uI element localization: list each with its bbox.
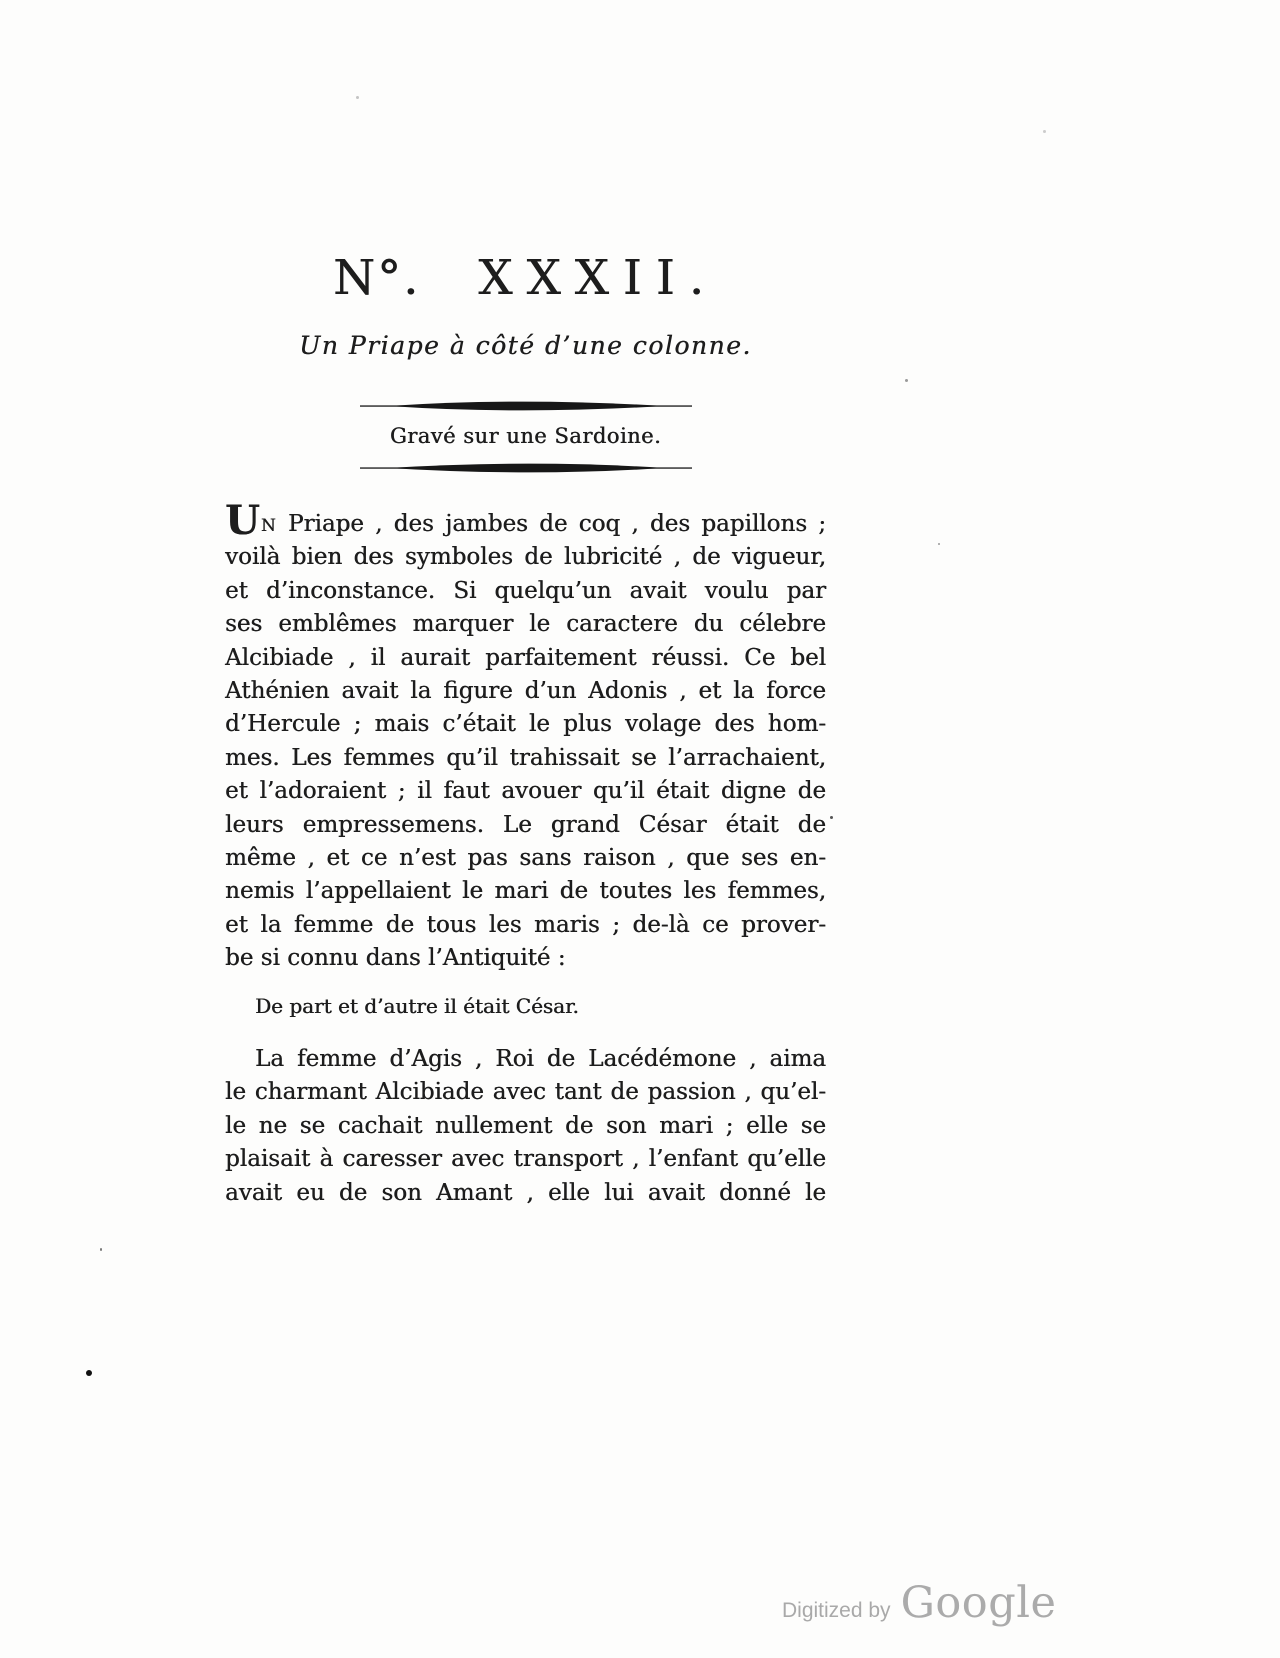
- text-line: le charmant Alcibiade avec tant de passi…: [225, 1076, 826, 1109]
- digitized-by-google-watermark: Digitized by Google: [782, 1578, 1056, 1628]
- dropcap-initial: U: [225, 497, 261, 544]
- text-line: avait eu de son Amant , elle lui avait d…: [225, 1177, 826, 1210]
- proverb-quote: De part et d’autre il était César.: [225, 993, 856, 1019]
- ink-speck: [905, 379, 908, 382]
- text-line: le ne se cachait nullement de son mari ;…: [225, 1110, 826, 1143]
- text-line: ses emblêmes marquer le caractere du cél…: [225, 608, 826, 641]
- swelled-rule-icon: [360, 401, 692, 411]
- ink-speck: [1043, 130, 1046, 133]
- chapter-subtitle: Un Priape à côté d’une colonne.: [225, 331, 826, 361]
- chapter-number-label: N°.: [333, 252, 420, 305]
- text-line: voilà bien des symboles de lubricité , d…: [225, 541, 826, 574]
- ink-speck: [86, 1370, 92, 1376]
- text-line: nemis l’appellaient le mari de toutes le…: [225, 875, 826, 908]
- book-page: N°. XXXII. Un Priape à côté d’une colonn…: [0, 0, 1280, 1658]
- text-line: plaisait à caresser avec transport , l’e…: [225, 1143, 826, 1176]
- ink-speck: [830, 816, 833, 819]
- text-line: même , et ce n’est pas sans raison , que…: [225, 842, 826, 875]
- text-line: leurs empressemens. Le grand César était…: [225, 809, 826, 842]
- text-line: La femme d’Agis , Roi de Lacédémone , ai…: [225, 1043, 826, 1076]
- text-line: et l’adoraient ; il faut avouer qu’il ét…: [225, 775, 826, 808]
- chapter-number: N°. XXXII.: [225, 252, 826, 305]
- text-line: et la femme de tous les maris ; de-là ce…: [225, 909, 826, 942]
- ink-speck: [356, 96, 359, 99]
- section-divider-rule-bottom: [225, 463, 826, 473]
- text-line: be si connu dans l’Antiquité :: [225, 942, 826, 975]
- text-line: mes. Les femmes qu’il trahissait se l’ar…: [225, 742, 826, 775]
- dropcap-smallcap: N: [261, 516, 277, 536]
- paragraph-1: UN Priape , des jambes de coq , des papi…: [225, 508, 826, 975]
- section-divider-rule-top: [225, 401, 826, 411]
- text-line: Alcibiade , il aurait parfaitement réuss…: [225, 642, 826, 675]
- google-logo: Google: [901, 1578, 1057, 1628]
- text-line-fragment: Priape , des jambes de coq , des papillo…: [277, 511, 826, 537]
- text-line: et d’inconstance. Si quelqu’un avait vou…: [225, 575, 826, 608]
- swelled-rule-icon: [360, 463, 692, 473]
- text-line: Athénien avait la figure d’un Adonis , e…: [225, 675, 826, 708]
- text-line: UN Priape , des jambes de coq , des papi…: [225, 508, 826, 541]
- ink-speck: [100, 1248, 102, 1251]
- page-column: N°. XXXII. Un Priape à côté d’une colonn…: [225, 0, 826, 1658]
- watermark-prefix: Digitized by: [782, 1599, 891, 1623]
- chapter-number-numeral: XXXII.: [478, 252, 718, 305]
- ink-speck: [938, 543, 940, 545]
- paragraph-2: La femme d’Agis , Roi de Lacédémone , ai…: [225, 1043, 826, 1210]
- engraving-note: Gravé sur une Sardoine.: [225, 423, 826, 450]
- text-line: d’Hercule ; mais c’était le plus volage …: [225, 708, 826, 741]
